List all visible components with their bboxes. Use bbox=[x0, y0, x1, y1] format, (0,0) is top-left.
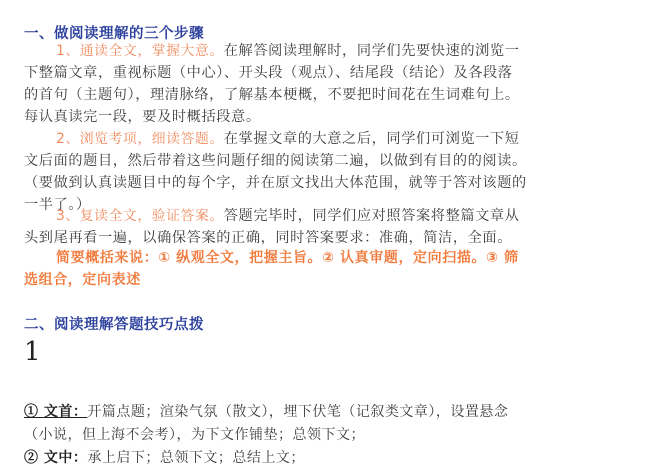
tip-2: ② 文中：承上启下；总领下文；总结上文； bbox=[24, 447, 305, 464]
section2-number: 1 bbox=[24, 337, 41, 367]
step3-paragraph: 3、复读全文，验证答案。答题完毕时，同学们应对照答案将整篇文章从 头到尾再看一遍… bbox=[24, 205, 554, 249]
step1-paragraph: 1、通读全文，掌握大意。在解答阅读理解时，同学们先要快速的浏览一 下整篇文章，重… bbox=[24, 40, 554, 128]
summary-line1: 简要概括来说：① 纵观全文，把握主旨。② 认真审题，定向扫描。③ 筛 bbox=[24, 247, 584, 269]
step2-line1: 2、浏览考项，细读答题。在掌握文章的大意之后，同学们可浏览一下短 bbox=[24, 128, 554, 150]
step2-paragraph: 2、浏览考项，细读答题。在掌握文章的大意之后，同学们可浏览一下短 文后面的题目，… bbox=[24, 128, 554, 216]
section2-title: 二、阅读理解答题技巧点拨 bbox=[24, 313, 204, 334]
document-page: 一、做阅读理解的三个步骤 1、通读全文，掌握大意。在解答阅读理解时，同学们先要快… bbox=[0, 0, 665, 464]
tip-1-cont: （小说，但上海不会考），为下文作铺垫；总领下文； bbox=[24, 424, 365, 447]
tip-1-line1: 开篇点题；渲染气氛（散文），埋下伏笔（记叙类文章），设置悬念 bbox=[87, 404, 508, 420]
step3-heading: 3、复读全文，验证答案。 bbox=[56, 208, 224, 224]
step3-line1: 3、复读全文，验证答案。答题完毕时，同学们应对照答案将整篇文章从 bbox=[24, 205, 554, 227]
step1-line4: 每认真读完一段，要及时概括段意。 bbox=[24, 106, 554, 128]
step1-heading: 1、通读全文，掌握大意。 bbox=[56, 43, 224, 59]
step2-line2: 文后面的题目，然后带着这些问题仔细的阅读第二遍，以做到有目的的阅读。 bbox=[24, 150, 554, 172]
tip-2-line1: 承上启下；总领下文；总结上文； bbox=[87, 450, 305, 464]
step1-line3: 的首句（主题句），理清脉络，了解基本梗概，不要把时间花在生词难句上。 bbox=[24, 84, 554, 106]
tip-1-label: ① 文首： bbox=[24, 404, 87, 420]
summary-line2: 选组合，定向表述 bbox=[24, 269, 584, 291]
tip-2-label: ② 文中： bbox=[24, 450, 87, 464]
tip-1: ① 文首：开篇点题；渲染气氛（散文），埋下伏笔（记叙类文章），设置悬念 bbox=[24, 401, 508, 424]
step3-line2: 头到尾再看一遍，以确保答案的正确，同时答案要求：准确，简洁，全面。 bbox=[24, 227, 554, 249]
step2-heading: 2、浏览考项，细读答题。 bbox=[56, 131, 224, 147]
summary-paragraph: 简要概括来说：① 纵观全文，把握主旨。② 认真审题，定向扫描。③ 筛 选组合，定… bbox=[24, 247, 584, 291]
step2-line3: （要做到认真读题目中的每个字，并在原文找出大体范围，就等于答对该题的 bbox=[24, 172, 554, 194]
step1-line1: 1、通读全文，掌握大意。在解答阅读理解时，同学们先要快速的浏览一 bbox=[24, 40, 554, 62]
tip-1-line2: （小说，但上海不会考），为下文作铺垫；总领下文； bbox=[24, 427, 365, 443]
step1-line2: 下整篇文章，重视标题（中心）、开头段（观点）、结尾段（结论）及各段落 bbox=[24, 62, 554, 84]
